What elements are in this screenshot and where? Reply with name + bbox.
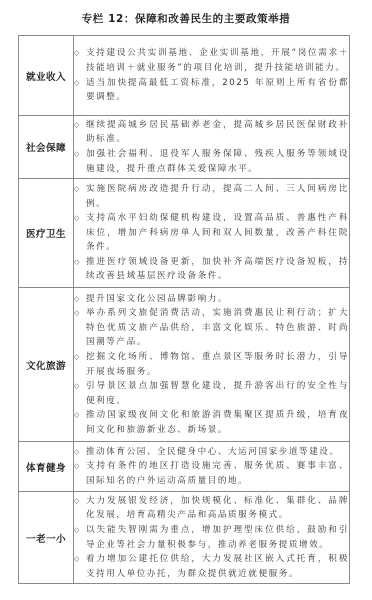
- list-item: ◇着力增加公建托位供给，大力发展社区嵌入式托育，积极支持用人单位办托，为群众提供…: [74, 552, 349, 581]
- policy-item-text: 推动体育公园、全民健身中心、大运河国家步道等建设。: [86, 445, 349, 460]
- category-cell: 一老一小: [19, 492, 74, 584]
- policy-item-text: 举办系列文旅促消费活动，实施消费惠民让利行动；扩大特色优质文旅产品供给，丰富文化…: [86, 306, 349, 350]
- policy-item-text: 以失能失智刚需为重点，增加护理型床位供给，鼓励和引导企业等社会力量积极参与，推动…: [86, 523, 349, 552]
- diamond-bullet-icon: ◇: [74, 494, 86, 523]
- policy-item-text: 引导景区景点加强智慧化建设，提升游客出行的安全性与便利度。: [86, 379, 349, 408]
- list-item: ◇支持有条件的地区打造设施完善、服务优质、赛事丰富、国际知名的户外运动高质量目的…: [74, 459, 349, 488]
- list-item: ◇实施医院病房改造提升行动，提高二人间、三人间病房比例。: [74, 182, 349, 211]
- list-item: ◇支持建设公共实训基地、企业实训基地，开展“岗位需求＋技能培训＋就业服务”的项目…: [74, 46, 349, 75]
- table-row: 文化旅游◇提升国家文化公园品牌影响力。◇举办系列文旅促消费活动，实施消费惠民让利…: [19, 288, 350, 442]
- policy-items-cell: ◇支持建设公共实训基地、企业实训基地，开展“岗位需求＋技能培训＋就业服务”的项目…: [74, 36, 350, 116]
- policy-item-text: 支持有条件的地区打造设施完善、服务优质、赛事丰富、国际知名的户外运动高质量目的地…: [86, 459, 349, 488]
- policy-items-cell: ◇提升国家文化公园品牌影响力。◇举办系列文旅促消费活动，实施消费惠民让利行动；扩…: [74, 288, 350, 442]
- list-item: ◇推进医疗领域设备更新，加快补齐高端医疗设备短板，持续改善县域基层医疗设备条件。: [74, 255, 349, 284]
- policy-item-text: 推进医疗领域设备更新，加快补齐高端医疗设备短板，持续改善县域基层医疗设备条件。: [86, 255, 349, 284]
- diamond-bullet-icon: ◇: [74, 292, 86, 307]
- policy-item-text: 着力增加公建托位供给，大力发展社区嵌入式托育，积极支持用人单位办托，为群众提供就…: [86, 552, 349, 581]
- table-row: 一老一小◇大力发展银发经济，加快规模化、标准化、集群化、品牌化发展，培育高精尖产…: [19, 492, 350, 584]
- diamond-bullet-icon: ◇: [74, 211, 86, 255]
- policy-item-text: 推动国家级夜间文化和旅游消费集聚区提质升级，培育夜间文化和旅游新业态、新场景。: [86, 408, 349, 437]
- category-cell: 就业收入: [19, 36, 74, 116]
- diamond-bullet-icon: ◇: [74, 379, 86, 408]
- policy-item-text: 挖掘文化场所、博物馆、重点景区等服务时长潜力，引导开展夜场服务。: [86, 350, 349, 379]
- policy-items-cell: ◇大力发展银发经济，加快规模化、标准化、集群化、品牌化发展，培育高精尖产品和高品…: [74, 492, 350, 584]
- policy-items-cell: ◇推动体育公园、全民健身中心、大运河国家步道等建设。◇支持有条件的地区打造设施完…: [74, 442, 350, 492]
- diamond-bullet-icon: ◇: [74, 523, 86, 552]
- diamond-bullet-icon: ◇: [74, 46, 86, 75]
- table-row: 体育健身◇推动体育公园、全民健身中心、大运河国家步道等建设。◇支持有条件的地区打…: [19, 442, 350, 492]
- policy-item-text: 支持建设公共实训基地、企业实训基地，开展“岗位需求＋技能培训＋就业服务”的项目化…: [86, 46, 349, 75]
- policy-table: 就业收入◇支持建设公共实训基地、企业实训基地，开展“岗位需求＋技能培训＋就业服务…: [18, 35, 350, 584]
- diamond-bullet-icon: ◇: [74, 255, 86, 284]
- list-item: ◇加强社会福利、退役军人服务保障、残疾人服务等领域设施建设，提升重点群体关爱保障…: [74, 147, 349, 176]
- list-item: ◇推动体育公园、全民健身中心、大运河国家步道等建设。: [74, 445, 349, 460]
- category-cell: 文化旅游: [19, 288, 74, 442]
- diamond-bullet-icon: ◇: [74, 182, 86, 211]
- list-item: ◇挖掘文化场所、博物馆、重点景区等服务时长潜力，引导开展夜场服务。: [74, 350, 349, 379]
- policy-item-text: 继续提高城乡居民基础养老金，提高城乡居民医保财政补助标准。: [86, 118, 349, 147]
- diamond-bullet-icon: ◇: [74, 118, 86, 147]
- category-cell: 医疗卫生: [19, 179, 74, 288]
- diamond-bullet-icon: ◇: [74, 459, 86, 488]
- list-item: ◇推动国家级夜间文化和旅游消费集聚区提质升级，培育夜间文化和旅游新业态、新场景。: [74, 408, 349, 437]
- policy-item-text: 加强社会福利、退役军人服务保障、残疾人服务等领域设施建设，提升重点群体关爱保障水…: [86, 147, 349, 176]
- list-item: ◇继续提高城乡居民基础养老金，提高城乡居民医保财政补助标准。: [74, 118, 349, 147]
- policy-item-text: 适当加快提高最低工资标准，2025 年原则上所有省份都要调整。: [86, 76, 349, 105]
- category-cell: 社会保障: [19, 116, 74, 179]
- table-row: 医疗卫生◇实施医院病房改造提升行动，提高二人间、三人间病房比例。◇支持高水平妇幼…: [19, 179, 350, 288]
- policy-items-cell: ◇实施医院病房改造提升行动，提高二人间、三人间病房比例。◇支持高水平妇幼保健机构…: [74, 179, 350, 288]
- list-item: ◇大力发展银发经济，加快规模化、标准化、集群化、品牌化发展，培育高精尖产品和高品…: [74, 494, 349, 523]
- category-cell: 体育健身: [19, 442, 74, 492]
- policy-item-text: 大力发展银发经济，加快规模化、标准化、集群化、品牌化发展，培育高精尖产品和高品质…: [86, 494, 349, 523]
- list-item: ◇适当加快提高最低工资标准，2025 年原则上所有省份都要调整。: [74, 76, 349, 105]
- list-item: ◇以失能失智刚需为重点，增加护理型床位供给，鼓励和引导企业等社会力量积极参与，推…: [74, 523, 349, 552]
- policy-item-text: 支持高水平妇幼保健机构建设，设置高品质、普惠性产科床位，增加产科病房单人间和双人…: [86, 211, 349, 255]
- diamond-bullet-icon: ◇: [74, 306, 86, 350]
- table-row: 就业收入◇支持建设公共实训基地、企业实训基地，开展“岗位需求＋技能培训＋就业服务…: [19, 36, 350, 116]
- list-item: ◇支持高水平妇幼保健机构建设，设置高品质、普惠性产科床位，增加产科病房单人间和双…: [74, 211, 349, 255]
- list-item: ◇引导景区景点加强智慧化建设，提升游客出行的安全性与便利度。: [74, 379, 349, 408]
- diamond-bullet-icon: ◇: [74, 350, 86, 379]
- table-row: 社会保障◇继续提高城乡居民基础养老金，提高城乡居民医保财政补助标准。◇加强社会福…: [19, 116, 350, 179]
- diamond-bullet-icon: ◇: [74, 408, 86, 437]
- policy-item-text: 实施医院病房改造提升行动，提高二人间、三人间病房比例。: [86, 182, 349, 211]
- list-item: ◇举办系列文旅促消费活动，实施消费惠民让利行动；扩大特色优质文旅产品供给，丰富文…: [74, 306, 349, 350]
- policy-item-text: 提升国家文化公园品牌影响力。: [86, 292, 349, 307]
- diamond-bullet-icon: ◇: [74, 147, 86, 176]
- diamond-bullet-icon: ◇: [74, 552, 86, 581]
- policy-items-cell: ◇继续提高城乡居民基础养老金，提高城乡居民医保财政补助标准。◇加强社会福利、退役…: [74, 116, 350, 179]
- table-title: 专栏 12：保障和改善民生的主要政策举措: [0, 11, 372, 26]
- list-item: ◇提升国家文化公园品牌影响力。: [74, 292, 349, 307]
- diamond-bullet-icon: ◇: [74, 76, 86, 105]
- diamond-bullet-icon: ◇: [74, 445, 86, 460]
